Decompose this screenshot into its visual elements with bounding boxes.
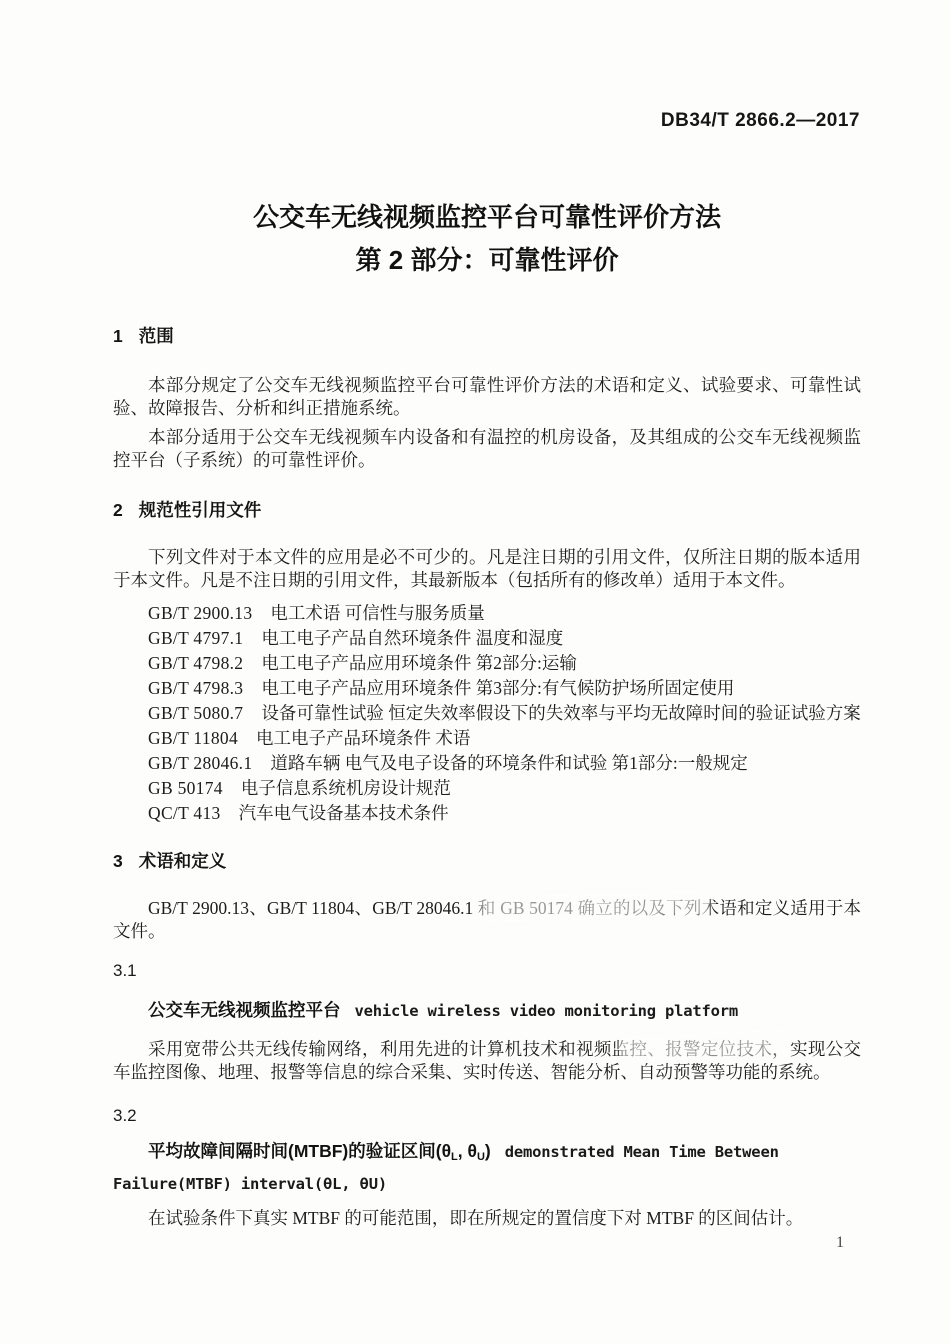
section-1-title: 范围: [139, 326, 174, 346]
reference-title: 电工电子产品应用环境条件 第3部分:有气候防护场所固定使用: [261, 678, 734, 698]
reference-code: GB/T 11804: [148, 726, 238, 751]
reference-title: 电工电子产品应用环境条件 第2部分:运输: [261, 653, 577, 673]
section-2-intro: 下列文件对于本文件的应用是必不可少的。凡是注日期的引用文件，仅所注日期的版本适用…: [113, 546, 861, 592]
reference-title: 电子信息系统机房设计规范: [241, 778, 451, 798]
document-title: 公交车无线视频监控平台可靠性评价方法 第 2 部分：可靠性评价: [113, 196, 861, 282]
theta-u-subscript: U: [477, 1151, 485, 1163]
reference-code: GB/T 2900.13: [148, 601, 252, 626]
reference-title: 设备可靠性试验 恒定失效率假设下的失效率与平均无故障时间的验证试验方案: [261, 703, 860, 723]
reference-code: GB/T 5080.7: [148, 701, 243, 726]
reference-item: GB 50174电子信息系统机房设计规范: [148, 776, 861, 801]
term-3-2-definition: 在试验条件下真实 MTBF 的可能范围，即在所规定的置信度下对 MTBF 的区间…: [113, 1207, 861, 1230]
normative-references-list: GB/T 2900.13电工术语 可信性与服务质量 GB/T 4797.1电工电…: [113, 601, 861, 826]
reference-item: GB/T 4798.3电工电子产品应用环境条件 第3部分:有气候防护场所固定使用: [148, 676, 861, 701]
reference-item: GB/T 4798.2电工电子产品应用环境条件 第2部分:运输: [148, 651, 861, 676]
page-content: 公交车无线视频监控平台可靠性评价方法 第 2 部分：可靠性评价 1范围 本部分规…: [113, 0, 861, 1230]
term-3-1-definition: 采用宽带公共无线传输网络，利用先进的计算机技术和视频监控、报警定位技术，实现公交…: [113, 1038, 861, 1084]
term-3-2-zh: 平均故障间隔时间(MTBF)的验证区间(θL, θU): [148, 1141, 491, 1161]
reference-item: GB/T 11804电工电子产品环境条件 术语: [148, 726, 861, 751]
section-2-title: 规范性引用文件: [139, 500, 262, 520]
theta-l-subscript: L: [451, 1151, 458, 1163]
section-1-paragraph-1: 本部分规定了公交车无线视频监控平台可靠性评价方法的术语和定义、试验要求、可靠性试…: [113, 374, 861, 420]
reference-title: 道路车辆 电气及电子设备的环境条件和试验 第1部分:一般规定: [270, 753, 747, 773]
section-2-heading: 2规范性引用文件: [113, 500, 861, 520]
section-1-number: 1: [113, 326, 123, 346]
reference-code: GB/T 4798.3: [148, 676, 243, 701]
term-3-2-heading: 平均故障间隔时间(MTBF)的验证区间(θL, θU)demonstrated …: [113, 1138, 861, 1197]
section-1-paragraph-2: 本部分适用于公交车无线视频车内设备和有温控的机房设备，及其组成的公交车无线视频监…: [113, 426, 861, 472]
term-3-1-heading: 公交车无线视频监控平台vehicle wireless video monito…: [113, 997, 861, 1024]
title-line-1: 公交车无线视频监控平台可靠性评价方法: [113, 196, 861, 239]
reference-title: 电工术语 可信性与服务质量: [270, 603, 484, 623]
section-3-intro: GB/T 2900.13、GB/T 11804、GB/T 28046.1 和 G…: [113, 897, 861, 943]
page-number: 1: [836, 1234, 844, 1252]
reference-title: 电工电子产品环境条件 术语: [256, 728, 470, 748]
term-3-1-en: vehicle wireless video monitoring platfo…: [355, 1002, 739, 1020]
section-3-title: 术语和定义: [139, 851, 227, 871]
reference-item: GB/T 2900.13电工术语 可信性与服务质量: [148, 601, 861, 626]
reference-code: GB/T 4797.1: [148, 626, 243, 651]
reference-title: 汽车电气设备基本技术条件: [239, 803, 449, 823]
section-1-heading: 1范围: [113, 326, 861, 346]
reference-item: GB/T 5080.7设备可靠性试验 恒定失效率假设下的失效率与平均无故障时间的…: [148, 701, 861, 726]
reference-code: QC/T 413: [148, 801, 221, 826]
section-3-number: 3: [113, 851, 123, 871]
title-line-2: 第 2 部分：可靠性评价: [113, 239, 861, 282]
reference-code: GB 50174: [148, 776, 223, 801]
term-3-2-number: 3.2: [113, 1106, 861, 1126]
reference-item: QC/T 413汽车电气设备基本技术条件: [148, 801, 861, 826]
section-3-heading: 3术语和定义: [113, 851, 861, 871]
reference-item: GB/T 4797.1电工电子产品自然环境条件 温度和湿度: [148, 626, 861, 651]
reference-code: GB/T 28046.1: [148, 751, 252, 776]
reference-code: GB/T 4798.2: [148, 651, 243, 676]
section-2-number: 2: [113, 500, 123, 520]
term-3-1-zh: 公交车无线视频监控平台: [148, 1000, 341, 1020]
document-page: DB34/T 2866.2—2017 公交车无线视频监控平台可靠性评价方法 第 …: [0, 0, 950, 1344]
term-3-1-number: 3.1: [113, 961, 861, 981]
reference-title: 电工电子产品自然环境条件 温度和湿度: [261, 628, 563, 648]
reference-item: GB/T 28046.1道路车辆 电气及电子设备的环境条件和试验 第1部分:一般…: [148, 751, 861, 776]
